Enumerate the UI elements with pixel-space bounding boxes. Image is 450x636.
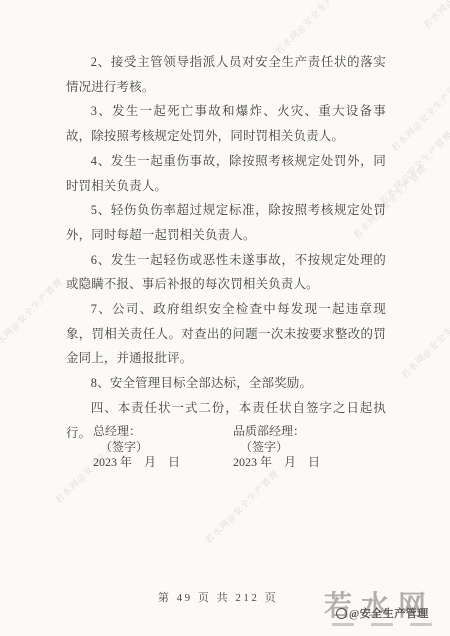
- signature-left: 总经理： （签字） 2023 年 月 日: [93, 424, 233, 471]
- diagonal-watermark: 若水网@安全生产管理: [398, 302, 450, 381]
- paragraph-7: 7、公司、政府组织安全检查中每发现一起违章现象，罚相关责任人。对查出的问题一次未…: [66, 297, 386, 371]
- signature-date: 2023 年 月 日: [93, 455, 233, 471]
- logo-subtext-mark: [332, 623, 354, 626]
- paragraph-2: 2、接受主管领导指派人员对安全生产责任状的落实情况进行考核。: [66, 50, 386, 99]
- signature-date: 2023 年 月 日: [233, 455, 373, 471]
- diagonal-watermark: 若水网@安全生产管理: [0, 275, 65, 354]
- signature-hint: （签字）: [93, 440, 233, 456]
- paragraph-4: 4、发生一起重伤事故，除按照考核规定处罚外，同时罚相关负责人。: [66, 149, 386, 198]
- public-account-icon: [336, 608, 347, 619]
- logo-subtext-mark: [371, 623, 393, 626]
- diagonal-watermark: 若水网@安全生产管理: [420, 0, 450, 31]
- signature-block: 总经理： （签字） 2023 年 月 日 品质部经理： （签字） 2023 年 …: [93, 424, 393, 471]
- signature-role: 总经理：: [93, 424, 233, 440]
- signature-role: 品质部经理：: [233, 424, 373, 440]
- paragraph-8: 8、安全管理目标全部达标，全部奖励。: [66, 371, 386, 396]
- signature-hint: （签字）: [233, 440, 373, 456]
- logo-subtext-marks: [332, 623, 432, 626]
- paragraph-5: 5、轻伤负伤率超过规定标准，除按照考核规定处罚外，同时每超一起罚相关负责人。: [66, 198, 386, 247]
- logo-subtext-mark: [410, 623, 432, 626]
- paragraph-3: 3、发生一起死亡事故和爆炸、火灾、重大设备事故，除按照考核规定处罚外，同时罚相关…: [66, 99, 386, 148]
- ruoshui-logo: 若水网 @安全生产管理: [324, 584, 446, 630]
- page-number: 第 49 页 共 212 页: [158, 592, 278, 604]
- document-body: 2、接受主管领导指派人员对安全生产责任状的落实情况进行考核。 3、发生一起死亡事…: [66, 0, 386, 445]
- logo-account-name: @安全生产管理: [349, 605, 429, 621]
- paragraph-6: 6、发生一起轻伤或恶性未遂事故，不按规定处理的或隐瞒不报、事后补报的每次罚相关负…: [66, 248, 386, 297]
- logo-overlay-text: @安全生产管理: [336, 605, 429, 621]
- signature-right: 品质部经理： （签字） 2023 年 月 日: [233, 424, 373, 471]
- diagonal-watermark: 若水网@安全生产管理: [202, 467, 281, 546]
- document-page: 若水网@安全生产管理 若水网@安全生产管理 若水网@安全生产管理 若水网@安全生…: [0, 0, 450, 636]
